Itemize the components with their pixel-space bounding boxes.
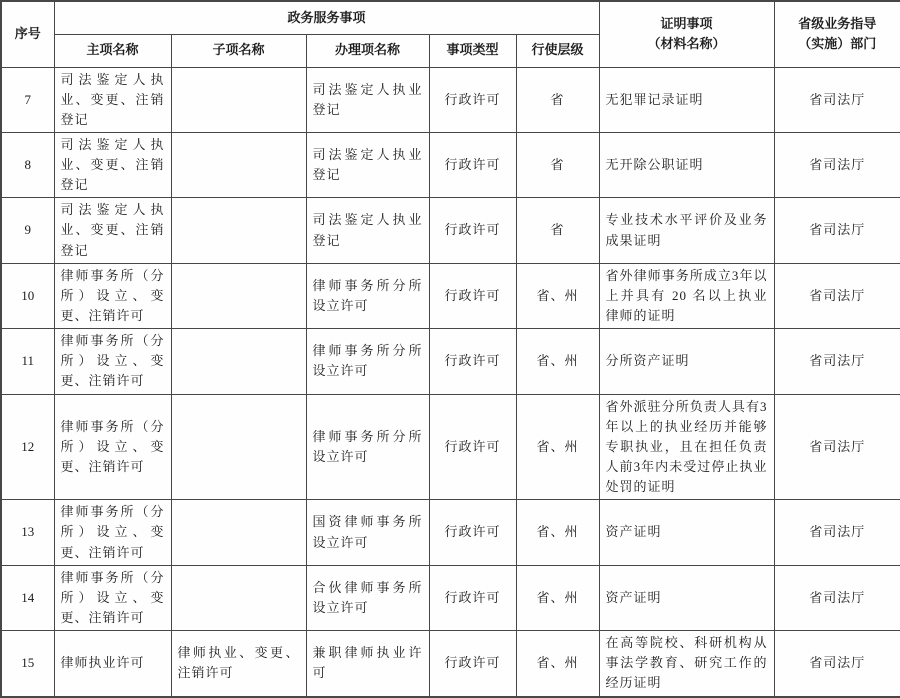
table-row: 12 律师事务所（分所）设立、变更、注销许可 律师事务所分所设立许可 行政许可 …: [1, 394, 900, 500]
table-body: 7 司法鉴定人执业、变更、注销登记 司法鉴定人执业登记 行政许可 省 无犯罪记录…: [1, 67, 900, 697]
cell-exercise-level: 省: [516, 67, 599, 132]
cell-sub-name: [171, 132, 306, 197]
cell-sub-name: [171, 67, 306, 132]
gov-service-items-table: 序号 政务服务事项 证明事项 （材料名称） 省级业务指导 （实施）部门 主项名称…: [0, 0, 900, 698]
table-row: 13 律师事务所（分所）设立、变更、注销许可 国资律师事务所设立许可 行政许可 …: [1, 500, 900, 565]
cell-exercise-level: 省、州: [516, 394, 599, 500]
cell-proof-material: 资产证明: [599, 500, 774, 565]
cell-guidance-dept: 省司法厅: [774, 132, 900, 197]
cell-sub-name: [171, 500, 306, 565]
cell-seq: 7: [1, 67, 54, 132]
cell-sub-name: [171, 198, 306, 263]
header-proof-line2: （材料名称）: [606, 34, 768, 54]
cell-guidance-dept: 省司法厅: [774, 263, 900, 328]
cell-item-type: 行政许可: [429, 500, 516, 565]
cell-item-type: 行政许可: [429, 263, 516, 328]
cell-guidance-dept: 省司法厅: [774, 565, 900, 630]
cell-exercise-level: 省、州: [516, 263, 599, 328]
cell-main-name: 司法鉴定人执业、变更、注销登记: [54, 67, 171, 132]
cell-sub-name: 律师执业、变更、注销许可: [171, 631, 306, 697]
cell-sub-name: [171, 565, 306, 630]
table-row: 9 司法鉴定人执业、变更、注销登记 司法鉴定人执业登记 行政许可 省 专业技术水…: [1, 198, 900, 263]
table-row: 15 律师执业许可 律师执业、变更、注销许可 兼职律师执业许可 行政许可 省、州…: [1, 631, 900, 697]
table-row: 14 律师事务所（分所）设立、变更、注销许可 合伙律师事务所设立许可 行政许可 …: [1, 565, 900, 630]
cell-handle-item: 司法鉴定人执业登记: [306, 198, 429, 263]
cell-seq: 13: [1, 500, 54, 565]
cell-handle-item: 国资律师事务所设立许可: [306, 500, 429, 565]
cell-item-type: 行政许可: [429, 565, 516, 630]
header-main-name: 主项名称: [54, 34, 171, 67]
cell-proof-material: 省外派驻分所负责人具有3年以上的执业经历并能够专职执业，且在担任负责人前3年内未…: [599, 394, 774, 500]
cell-guidance-dept: 省司法厅: [774, 329, 900, 394]
cell-guidance-dept: 省司法厅: [774, 631, 900, 697]
cell-main-name: 司法鉴定人执业、变更、注销登记: [54, 132, 171, 197]
header-dept-line1: 省级业务指导: [781, 14, 895, 34]
cell-handle-item: 律师事务所分所设立许可: [306, 263, 429, 328]
cell-handle-item: 律师事务所分所设立许可: [306, 329, 429, 394]
header-sub-name: 子项名称: [171, 34, 306, 67]
cell-item-type: 行政许可: [429, 198, 516, 263]
cell-handle-item: 司法鉴定人执业登记: [306, 132, 429, 197]
cell-seq: 14: [1, 565, 54, 630]
header-group-gov-service-items: 政务服务事项: [54, 1, 599, 34]
table-row: 7 司法鉴定人执业、变更、注销登记 司法鉴定人执业登记 行政许可 省 无犯罪记录…: [1, 67, 900, 132]
cell-handle-item: 合伙律师事务所设立许可: [306, 565, 429, 630]
table-row: 8 司法鉴定人执业、变更、注销登记 司法鉴定人执业登记 行政许可 省 无开除公职…: [1, 132, 900, 197]
cell-exercise-level: 省: [516, 198, 599, 263]
header-proof-line1: 证明事项: [606, 14, 768, 34]
header-dept-line2: （实施）部门: [781, 34, 895, 54]
header-seq: 序号: [1, 1, 54, 67]
cell-seq: 10: [1, 263, 54, 328]
cell-handle-item: 律师事务所分所设立许可: [306, 394, 429, 500]
cell-exercise-level: 省、州: [516, 329, 599, 394]
cell-sub-name: [171, 329, 306, 394]
header-guidance-dept: 省级业务指导 （实施）部门: [774, 1, 900, 67]
cell-proof-material: 专业技术水平评价及业务成果证明: [599, 198, 774, 263]
cell-seq: 8: [1, 132, 54, 197]
cell-item-type: 行政许可: [429, 394, 516, 500]
cell-guidance-dept: 省司法厅: [774, 198, 900, 263]
cell-main-name: 律师事务所（分所）设立、变更、注销许可: [54, 565, 171, 630]
table-row: 11 律师事务所（分所）设立、变更、注销许可 律师事务所分所设立许可 行政许可 …: [1, 329, 900, 394]
cell-item-type: 行政许可: [429, 329, 516, 394]
cell-handle-item: 司法鉴定人执业登记: [306, 67, 429, 132]
cell-handle-item: 兼职律师执业许可: [306, 631, 429, 697]
cell-exercise-level: 省、州: [516, 500, 599, 565]
cell-seq: 15: [1, 631, 54, 697]
header-handle-item-name: 办理项名称: [306, 34, 429, 67]
cell-item-type: 行政许可: [429, 67, 516, 132]
cell-exercise-level: 省: [516, 132, 599, 197]
header-proof-material: 证明事项 （材料名称）: [599, 1, 774, 67]
cell-proof-material: 省外律师事务所成立3年以上并具有 20 名以上执业律师的证明: [599, 263, 774, 328]
cell-main-name: 律师事务所（分所）设立、变更、注销许可: [54, 263, 171, 328]
document-page: 序号 政务服务事项 证明事项 （材料名称） 省级业务指导 （实施）部门 主项名称…: [0, 0, 900, 597]
cell-guidance-dept: 省司法厅: [774, 394, 900, 500]
cell-seq: 12: [1, 394, 54, 500]
cell-proof-material: 无开除公职证明: [599, 132, 774, 197]
table-row: 10 律师事务所（分所）设立、变更、注销许可 律师事务所分所设立许可 行政许可 …: [1, 263, 900, 328]
cell-proof-material: 分所资产证明: [599, 329, 774, 394]
cell-seq: 9: [1, 198, 54, 263]
cell-item-type: 行政许可: [429, 132, 516, 197]
cell-proof-material: 资产证明: [599, 565, 774, 630]
cell-guidance-dept: 省司法厅: [774, 500, 900, 565]
header-item-type: 事项类型: [429, 34, 516, 67]
cell-item-type: 行政许可: [429, 631, 516, 697]
header-exercise-level: 行使层级: [516, 34, 599, 67]
cell-proof-material: 在高等院校、科研机构从事法学教育、研究工作的经历证明: [599, 631, 774, 697]
cell-main-name: 律师执业许可: [54, 631, 171, 697]
cell-exercise-level: 省、州: [516, 631, 599, 697]
cell-exercise-level: 省、州: [516, 565, 599, 630]
cell-proof-material: 无犯罪记录证明: [599, 67, 774, 132]
cell-guidance-dept: 省司法厅: [774, 67, 900, 132]
cell-main-name: 司法鉴定人执业、变更、注销登记: [54, 198, 171, 263]
cell-sub-name: [171, 394, 306, 500]
cell-main-name: 律师事务所（分所）设立、变更、注销许可: [54, 329, 171, 394]
cell-main-name: 律师事务所（分所）设立、变更、注销许可: [54, 394, 171, 500]
cell-main-name: 律师事务所（分所）设立、变更、注销许可: [54, 500, 171, 565]
cell-sub-name: [171, 263, 306, 328]
cell-seq: 11: [1, 329, 54, 394]
table-header: 序号 政务服务事项 证明事项 （材料名称） 省级业务指导 （实施）部门 主项名称…: [1, 1, 900, 67]
